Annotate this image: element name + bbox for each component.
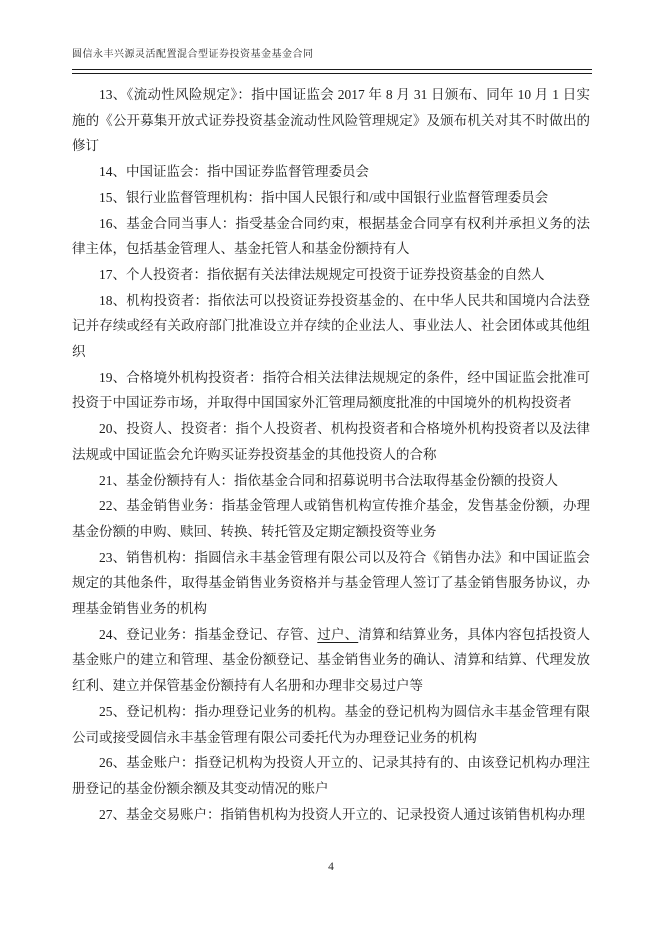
definition-item-16: 16、基金合同当事人：指受基金合同约束，根据基金合同享有权利并承担义务的法律主体… — [72, 211, 590, 262]
definition-item-23: 23、销售机构：指圆信永丰基金管理有限公司以及符合《销售办法》和中国证监会规定的… — [72, 545, 590, 622]
document-page: 圆信永丰兴源灵活配置混合型证券投资基金基金合同 13、《流动性风险规定》：指中国… — [0, 0, 662, 936]
definition-item-25: 25、登记机构：指办理登记业务的机构。基金的登记机构为圆信永丰基金管理有限公司或… — [72, 699, 590, 750]
definition-item-13: 13、《流动性风险规定》：指中国证监会 2017 年 8 月 31 日颁布、同年… — [72, 82, 590, 159]
definition-item-24: 24、登记业务：指基金登记、存管、过户、清算和结算业务，具体内容包括投资人基金账… — [72, 622, 590, 699]
definition-item-14: 14、中国证监会：指中国证券监督管理委员会 — [72, 159, 590, 185]
definition-item-18: 18、机构投资者：指依法可以投资证券投资基金的、在中华人民共和国境内合法登记并存… — [72, 288, 590, 365]
definition-item-24-pre: 24、登记业务：指基金登记、存管、 — [99, 627, 317, 642]
document-body: 13、《流动性风险规定》：指中国证监会 2017 年 8 月 31 日颁布、同年… — [72, 82, 590, 827]
definition-item-21: 21、基金份额持有人：指依基金合同和招募说明书合法取得基金份额的投资人 — [72, 468, 590, 494]
page-number: 4 — [328, 861, 334, 873]
definition-item-19: 19、合格境外机构投资者：指符合相关法律法规规定的条件，经中国证监会批准可投资于… — [72, 365, 590, 416]
definition-item-20: 20、投资人、投资者：指个人投资者、机构投资者和合格境外机构投资者以及法律法规或… — [72, 416, 590, 467]
document-header-title: 圆信永丰兴源灵活配置混合型证券投资基金基金合同 — [72, 45, 314, 60]
definition-item-24-underlined-phrase: 过户、 — [317, 627, 358, 642]
page-footer: 4 — [0, 861, 662, 873]
definition-item-17: 17、个人投资者：指依据有关法律法规规定可投资于证券投资基金的自然人 — [72, 262, 590, 288]
definition-item-22: 22、基金销售业务：指基金管理人或销售机构宣传推介基金，发售基金份额，办理基金份… — [72, 493, 590, 544]
header-divider-double-rule — [72, 69, 592, 74]
definition-item-15: 15、银行业监督管理机构：指中国人民银行和/或中国银行业监督管理委员会 — [72, 185, 590, 211]
definition-item-27: 27、基金交易账户：指销售机构为投资人开立的、记录投资人通过该销售机构办理 — [72, 802, 590, 828]
definition-item-26: 26、基金账户：指登记机构为投资人开立的、记录其持有的、由该登记机构办理注册登记… — [72, 750, 590, 801]
